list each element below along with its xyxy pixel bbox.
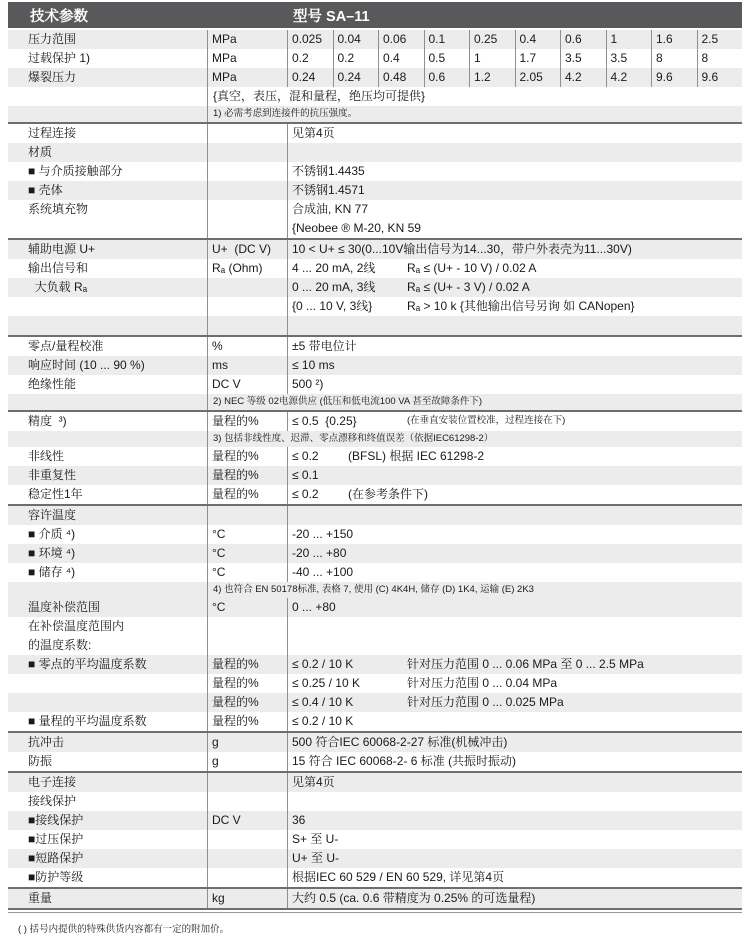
table-row: 辅助电源 U+U+ (DC V)10 < U+ ≤ 30(0...10V输出信号… <box>8 240 742 259</box>
spec-label: 非重复性 <box>8 466 207 485</box>
spec-value: 4 ... 20 mA, 2线Rₐ ≤ (U+ - 10 V) / 0.02 A <box>287 259 742 278</box>
spec-value: {0 ... 10 V, 3线}Rₐ > 10 k {其他输出信号另询 如 CA… <box>287 297 742 316</box>
table-row: {真空，表压，混和量程，绝压均可提供} <box>8 87 742 106</box>
table-row: 系统填充物合成油, KN 77 <box>8 200 742 219</box>
spec-value: 10 < U+ ≤ 30(0...10V输出信号为14...30，带户外表壳为1… <box>287 240 742 259</box>
spec-value: 见第4页 <box>287 773 742 792</box>
spec-label: ■短路保护 <box>8 849 207 868</box>
table-row: 精度 ³)量程的%≤ 0.5 {0.25}(在垂直安装位置校准，过程连接在下) <box>8 412 742 431</box>
pressure-value: 9.6 <box>697 68 743 87</box>
pressure-value: 0.6 <box>424 68 470 87</box>
pressure-value: 3.5 <box>606 49 652 68</box>
spec-label: 过程连接 <box>8 124 207 143</box>
spec-unit <box>207 162 287 181</box>
spec-value <box>287 143 742 162</box>
spec-value: ≤ 0.2 / 10 K针对压力范围 0 ... 0.06 MPa 至 0 ..… <box>287 655 742 674</box>
pressure-values: 0.240.240.480.61.22.054.24.29.69.6 <box>287 68 742 87</box>
pressure-value: 1 <box>606 30 652 49</box>
spec-value: 0 ... +80 <box>287 598 742 617</box>
spec-unit: MPa <box>207 68 287 87</box>
table-row: 稳定性1年量程的%≤ 0.2(在参考条件下) <box>8 485 742 504</box>
spec-label <box>8 394 207 410</box>
spec-label: 零点/量程校准 <box>8 337 207 356</box>
table-row: ■ 环境 ⁴)°C-20 ... +80 <box>8 544 742 563</box>
spec-value: 不锈钢1.4435 <box>287 162 742 181</box>
spec-unit: g <box>207 733 287 752</box>
spec-unit <box>207 849 287 868</box>
spec-value-main: ≤ 0.2 <box>292 488 348 501</box>
end-rule <box>8 908 742 913</box>
spec-value: 合成油, KN 77 <box>287 200 742 219</box>
pressure-value: 4.2 <box>560 68 606 87</box>
footnote-row: 4) 也符合 EN 50178标准, 表格 7, 使用 (C) 4K4H, 储存… <box>8 582 742 598</box>
spec-label: ■过压保护 <box>8 830 207 849</box>
pressure-value: 1.7 <box>515 49 561 68</box>
spec-value: 36 <box>287 811 742 830</box>
spec-label: 接线保护 <box>8 792 207 811</box>
table-row: 绝缘性能DC V500 ²) <box>8 375 742 394</box>
spec-label: 大负载 Rₐ <box>8 278 207 297</box>
table-row: ■ 与介质接触部分不锈钢1.4435 <box>8 162 742 181</box>
spec-label: 爆裂压力 <box>8 68 207 87</box>
table-row: 抗冲击g500 符合IEC 60068-2-27 标准(机械冲击) <box>8 733 742 752</box>
table-row: 量程的%≤ 0.25 / 10 K针对压力范围 0 ... 0.04 MPa <box>8 674 742 693</box>
spec-unit: kg <box>207 889 287 908</box>
pressure-value: 1.6 <box>651 30 697 49</box>
spec-label <box>8 674 207 693</box>
table-row: 零点/量程校准%±5 带电位计 <box>8 337 742 356</box>
spec-value: -20 ... +150 <box>287 525 742 544</box>
spec-unit <box>207 124 287 143</box>
spec-unit <box>207 830 287 849</box>
spec-label: 响应时间 (10 ... 90 %) <box>8 356 207 375</box>
spec-value: 0 ... 20 mA, 3线Rₐ ≤ (U+ - 3 V) / 0.02 A <box>287 278 742 297</box>
spec-unit <box>207 143 287 162</box>
spec-value-note: (在垂直安装位置校准，过程连接在下) <box>407 416 565 427</box>
table-row: 输出信号和Rₐ (Ohm)4 ... 20 mA, 2线Rₐ ≤ (U+ - 1… <box>8 259 742 278</box>
table-row: 材质 <box>8 143 742 162</box>
footnote-row: 1) 必需考虑到连接件的抗压强度。 <box>8 106 742 122</box>
footnote-text: 4) 也符合 EN 50178标准, 表格 7, 使用 (C) 4K4H, 储存… <box>207 582 742 598</box>
table-row: 压力范围MPa0.0250.040.060.10.250.40.611.62.5 <box>8 30 742 49</box>
spec-value: 大约 0.5 (ca. 0.6 带精度为 0.25% 的可选量程) <box>287 889 742 908</box>
spec-value: ≤ 0.1 <box>287 466 742 485</box>
spec-value: {Neobee ® M-20, KN 59 <box>287 219 742 238</box>
spec-unit <box>207 868 287 887</box>
spec-value: ≤ 0.4 / 10 K针对压力范围 0 ... 0.025 MPa <box>287 693 742 712</box>
pressure-value: 0.2 <box>287 49 333 68</box>
table-row: 电子连接见第4页 <box>8 773 742 792</box>
spec-unit: °C <box>207 544 287 563</box>
spec-value: 根据IEC 60 529 / EN 60 529, 详见第4页 <box>287 868 742 887</box>
spec-label <box>8 219 207 238</box>
spec-value: S+ 至 U- <box>287 830 742 849</box>
pressure-value: 0.6 <box>560 30 606 49</box>
spec-value-extra: 针对压力范围 0 ... 0.025 MPa <box>407 696 564 709</box>
spec-unit <box>207 506 287 525</box>
spec-value: 见第4页 <box>287 124 742 143</box>
table-row: 爆裂压力MPa0.240.240.480.61.22.054.24.29.69.… <box>8 68 742 87</box>
spec-value-main: ≤ 0.4 / 10 K <box>292 696 407 709</box>
spec-label: 抗冲击 <box>8 733 207 752</box>
table-row: 响应时间 (10 ... 90 %)ms≤ 10 ms <box>8 356 742 375</box>
pressure-value: 0.025 <box>287 30 333 49</box>
table-row: ■防护等级根据IEC 60 529 / EN 60 529, 详见第4页 <box>8 868 742 887</box>
spec-value-extra: 针对压力范围 0 ... 0.06 MPa 至 0 ... 2.5 MPa <box>407 658 644 671</box>
table-header-bar: 技术参数 型号 SA–11 <box>8 2 742 28</box>
spec-label <box>8 693 207 712</box>
table-row: 接线保护 <box>8 792 742 811</box>
footnote-row: 2) NEC 等级 02电源供应 (低压和低电流100 VA 甚至故障条件下) <box>8 394 742 410</box>
spec-unit: 量程的% <box>207 466 287 485</box>
spec-value-main: 0 ... 20 mA, 3线 <box>292 281 407 294</box>
spec-label: 容许温度 <box>8 506 207 525</box>
spec-label: 材质 <box>8 143 207 162</box>
footnote-row: 3) 包括非线性度、迟滞、零点漂移和终值误差（依据IEC61298-2） <box>8 431 742 447</box>
spec-unit: DC V <box>207 811 287 830</box>
spec-value-extra: Rₐ > 10 k {其他输出信号另询 如 CANopen} <box>407 300 635 313</box>
table-row: 过程连接见第4页 <box>8 124 742 143</box>
spec-unit <box>207 773 287 792</box>
table-row: 大负载 Rₐ0 ... 20 mA, 3线Rₐ ≤ (U+ - 3 V) / 0… <box>8 278 742 297</box>
spec-label: ■防护等级 <box>8 868 207 887</box>
pressure-value: 4.2 <box>606 68 652 87</box>
spec-value-extra: (在参考条件下) <box>348 488 428 501</box>
spec-value-extra: (BFSL) 根据 IEC 61298-2 <box>348 450 484 463</box>
table-row: 的温度系数: <box>8 636 742 655</box>
pressure-value: 0.06 <box>378 30 424 49</box>
spec-value: 不锈钢1.4571 <box>287 181 742 200</box>
footnote-text: 2) NEC 等级 02电源供应 (低压和低电流100 VA 甚至故障条件下) <box>207 394 742 410</box>
spec-value: 500 ²) <box>287 375 742 394</box>
spec-label: 电子连接 <box>8 773 207 792</box>
spec-value: ≤ 10 ms <box>287 356 742 375</box>
spec-unit <box>207 297 287 316</box>
spec-unit: 量程的% <box>207 712 287 731</box>
spec-value-main: ≤ 0.25 / 10 K <box>292 677 407 690</box>
spec-value: U+ 至 U- <box>287 849 742 868</box>
spec-unit: MPa <box>207 30 287 49</box>
table-row: 在补偿温度范围内 <box>8 617 742 636</box>
pressure-value: 1 <box>469 49 515 68</box>
spec-label <box>8 582 207 598</box>
spec-label: ■ 介质 ⁴) <box>8 525 207 544</box>
spec-label: ■ 壳体 <box>8 181 207 200</box>
spec-value-extra: Rₐ ≤ (U+ - 10 V) / 0.02 A <box>407 262 536 275</box>
table-row <box>8 316 742 335</box>
spec-label: 重量 <box>8 889 207 908</box>
pressure-values: 0.20.20.40.511.73.53.588 <box>287 49 742 68</box>
spec-unit: 量程的% <box>207 674 287 693</box>
spec-label <box>8 106 207 122</box>
spec-label: 绝缘性能 <box>8 375 207 394</box>
spec-unit: Rₐ (Ohm) <box>207 259 287 278</box>
spec-value <box>287 636 742 655</box>
table-row: ■ 量程的平均温度系数量程的%≤ 0.2 / 10 K <box>8 712 742 731</box>
spec-unit: U+ (DC V) <box>207 240 287 259</box>
spec-label: ■ 量程的平均温度系数 <box>8 712 207 731</box>
table-row: ■ 储存 ⁴)°C-40 ... +100 <box>8 563 742 582</box>
spec-value: ≤ 0.5 {0.25}(在垂直安装位置校准，过程连接在下) <box>287 412 742 431</box>
pressure-value: 0.5 <box>424 49 470 68</box>
pressure-value: 2.5 <box>697 30 743 49</box>
spec-value <box>287 316 742 335</box>
spec-label: 非线性 <box>8 447 207 466</box>
spec-label: 精度 ³) <box>8 412 207 431</box>
table-row: 过载保护 1)MPa0.20.20.40.511.73.53.588 <box>8 49 742 68</box>
bottom-note: ( ) 括号内提供的特殊供货内容都有一定的附加价。 <box>18 921 742 935</box>
pressure-value: 2.05 <box>515 68 561 87</box>
table-row: ■ 壳体不锈钢1.4571 <box>8 181 742 200</box>
spec-unit: DC V <box>207 375 287 394</box>
pressure-value: 3.5 <box>560 49 606 68</box>
spec-unit: 量程的% <box>207 447 287 466</box>
spec-label <box>8 87 207 106</box>
table-row: 量程的%≤ 0.4 / 10 K针对压力范围 0 ... 0.025 MPa <box>8 693 742 712</box>
spec-value-main: 4 ... 20 mA, 2线 <box>292 262 407 275</box>
pressure-value: 0.48 <box>378 68 424 87</box>
pressure-value: 8 <box>697 49 743 68</box>
spec-value <box>287 792 742 811</box>
pressure-value: 0.2 <box>333 49 379 68</box>
spec-unit <box>207 219 287 238</box>
table-row: 容许温度 <box>8 506 742 525</box>
spec-label: ■接线保护 <box>8 811 207 830</box>
spec-value-main: ≤ 0.2 <box>292 450 348 463</box>
spec-value <box>287 617 742 636</box>
spec-unit <box>207 792 287 811</box>
table-row: ■ 介质 ⁴)°C-20 ... +150 <box>8 525 742 544</box>
pressure-values: 0.0250.040.060.10.250.40.611.62.5 <box>287 30 742 49</box>
spec-unit: % <box>207 337 287 356</box>
spec-label: 稳定性1年 <box>8 485 207 504</box>
spec-table: 压力范围MPa0.0250.040.060.10.250.40.611.62.5… <box>8 30 742 913</box>
table-row: 非线性量程的%≤ 0.2(BFSL) 根据 IEC 61298-2 <box>8 447 742 466</box>
footnote-text: 3) 包括非线性度、迟滞、零点漂移和终值误差（依据IEC61298-2） <box>207 431 742 447</box>
spec-value: ±5 带电位计 <box>287 337 742 356</box>
table-row: 温度补偿范围°C0 ... +80 <box>8 598 742 617</box>
table-row: {Neobee ® M-20, KN 59 <box>8 219 742 238</box>
table-row: ■接线保护DC V36 <box>8 811 742 830</box>
spec-label <box>8 316 207 335</box>
spec-unit: 量程的% <box>207 693 287 712</box>
spec-value: -40 ... +100 <box>287 563 742 582</box>
spec-value: -20 ... +80 <box>287 544 742 563</box>
spec-value <box>287 506 742 525</box>
spec-unit <box>207 278 287 297</box>
spec-unit <box>207 200 287 219</box>
spec-unit: 量程的% <box>207 655 287 674</box>
spec-label: 防振 <box>8 752 207 771</box>
spec-value: ≤ 0.2 / 10 K <box>287 712 742 731</box>
spec-label: 压力范围 <box>8 30 207 49</box>
spec-table-wrapper: 技术参数 型号 SA–11 压力范围MPa0.0250.040.060.10.2… <box>8 2 742 935</box>
spec-unit: °C <box>207 563 287 582</box>
spec-value: 500 符合IEC 60068-2-27 标准(机械冲击) <box>287 733 742 752</box>
pressure-value: 0.24 <box>333 68 379 87</box>
footnote-text: 1) 必需考虑到连接件的抗压强度。 <box>207 106 742 122</box>
pressure-value: 1.2 <box>469 68 515 87</box>
spec-value-main: {0 ... 10 V, 3线} <box>292 300 407 313</box>
spec-label <box>8 431 207 447</box>
table-row: 防振g15 符合 IEC 60068-2- 6 标准 (共振时振动) <box>8 752 742 771</box>
pressure-value: 0.24 <box>287 68 333 87</box>
spec-label: 辅助电源 U+ <box>8 240 207 259</box>
spec-value-main: ≤ 0.5 {0.25} <box>292 415 407 428</box>
spec-unit: MPa <box>207 49 287 68</box>
pressure-value: 0.25 <box>469 30 515 49</box>
spec-unit: °C <box>207 598 287 617</box>
spec-unit: ms <box>207 356 287 375</box>
header-section-title: 技术参数 <box>30 5 293 26</box>
spec-value: ≤ 0.2(在参考条件下) <box>287 485 742 504</box>
spec-label: ■ 与介质接触部分 <box>8 162 207 181</box>
spec-unit <box>207 181 287 200</box>
pressure-value: 0.04 <box>333 30 379 49</box>
table-row: ■ 零点的平均温度系数量程的%≤ 0.2 / 10 K针对压力范围 0 ... … <box>8 655 742 674</box>
spec-label <box>8 297 207 316</box>
header-model-title: 型号 SA–11 <box>293 5 370 26</box>
spec-unit: 量程的% <box>207 485 287 504</box>
pressure-value: 9.6 <box>651 68 697 87</box>
table-row: {0 ... 10 V, 3线}Rₐ > 10 k {其他输出信号另询 如 CA… <box>8 297 742 316</box>
spec-label: 输出信号和 <box>8 259 207 278</box>
spec-value: ≤ 0.25 / 10 K针对压力范围 0 ... 0.04 MPa <box>287 674 742 693</box>
table-row: ■短路保护U+ 至 U- <box>8 849 742 868</box>
spec-label: 过载保护 1) <box>8 49 207 68</box>
spec-value-main: ≤ 0.2 / 10 K <box>292 658 407 671</box>
pressure-value: 0.4 <box>515 30 561 49</box>
datasheet-page: 技术参数 型号 SA–11 压力范围MPa0.0250.040.060.10.2… <box>0 0 750 943</box>
pressure-value: 0.1 <box>424 30 470 49</box>
spec-unit <box>207 316 287 335</box>
spec-value: ≤ 0.2(BFSL) 根据 IEC 61298-2 <box>287 447 742 466</box>
spec-label: ■ 储存 ⁴) <box>8 563 207 582</box>
spec-value-extra: Rₐ ≤ (U+ - 3 V) / 0.02 A <box>407 281 530 294</box>
spec-unit: °C <box>207 525 287 544</box>
spec-label: 在补偿温度范围内 <box>8 617 207 636</box>
spec-unit: g <box>207 752 287 771</box>
spec-label: ■ 环境 ⁴) <box>8 544 207 563</box>
note-text: {真空，表压，混和量程，绝压均可提供} <box>207 87 742 106</box>
table-row: 非重复性量程的%≤ 0.1 <box>8 466 742 485</box>
spec-label: 系统填充物 <box>8 200 207 219</box>
spec-label: ■ 零点的平均温度系数 <box>8 655 207 674</box>
spec-value-extra: 针对压力范围 0 ... 0.04 MPa <box>407 677 557 690</box>
spec-label: 的温度系数: <box>8 636 207 655</box>
pressure-value: 0.4 <box>378 49 424 68</box>
pressure-value: 8 <box>651 49 697 68</box>
spec-unit <box>207 636 287 655</box>
table-row: 重量kg大约 0.5 (ca. 0.6 带精度为 0.25% 的可选量程) <box>8 889 742 908</box>
spec-value: 15 符合 IEC 60068-2- 6 标准 (共振时振动) <box>287 752 742 771</box>
spec-label: 温度补偿范围 <box>8 598 207 617</box>
table-row: ■过压保护S+ 至 U- <box>8 830 742 849</box>
spec-unit <box>207 617 287 636</box>
spec-unit: 量程的% <box>207 412 287 431</box>
